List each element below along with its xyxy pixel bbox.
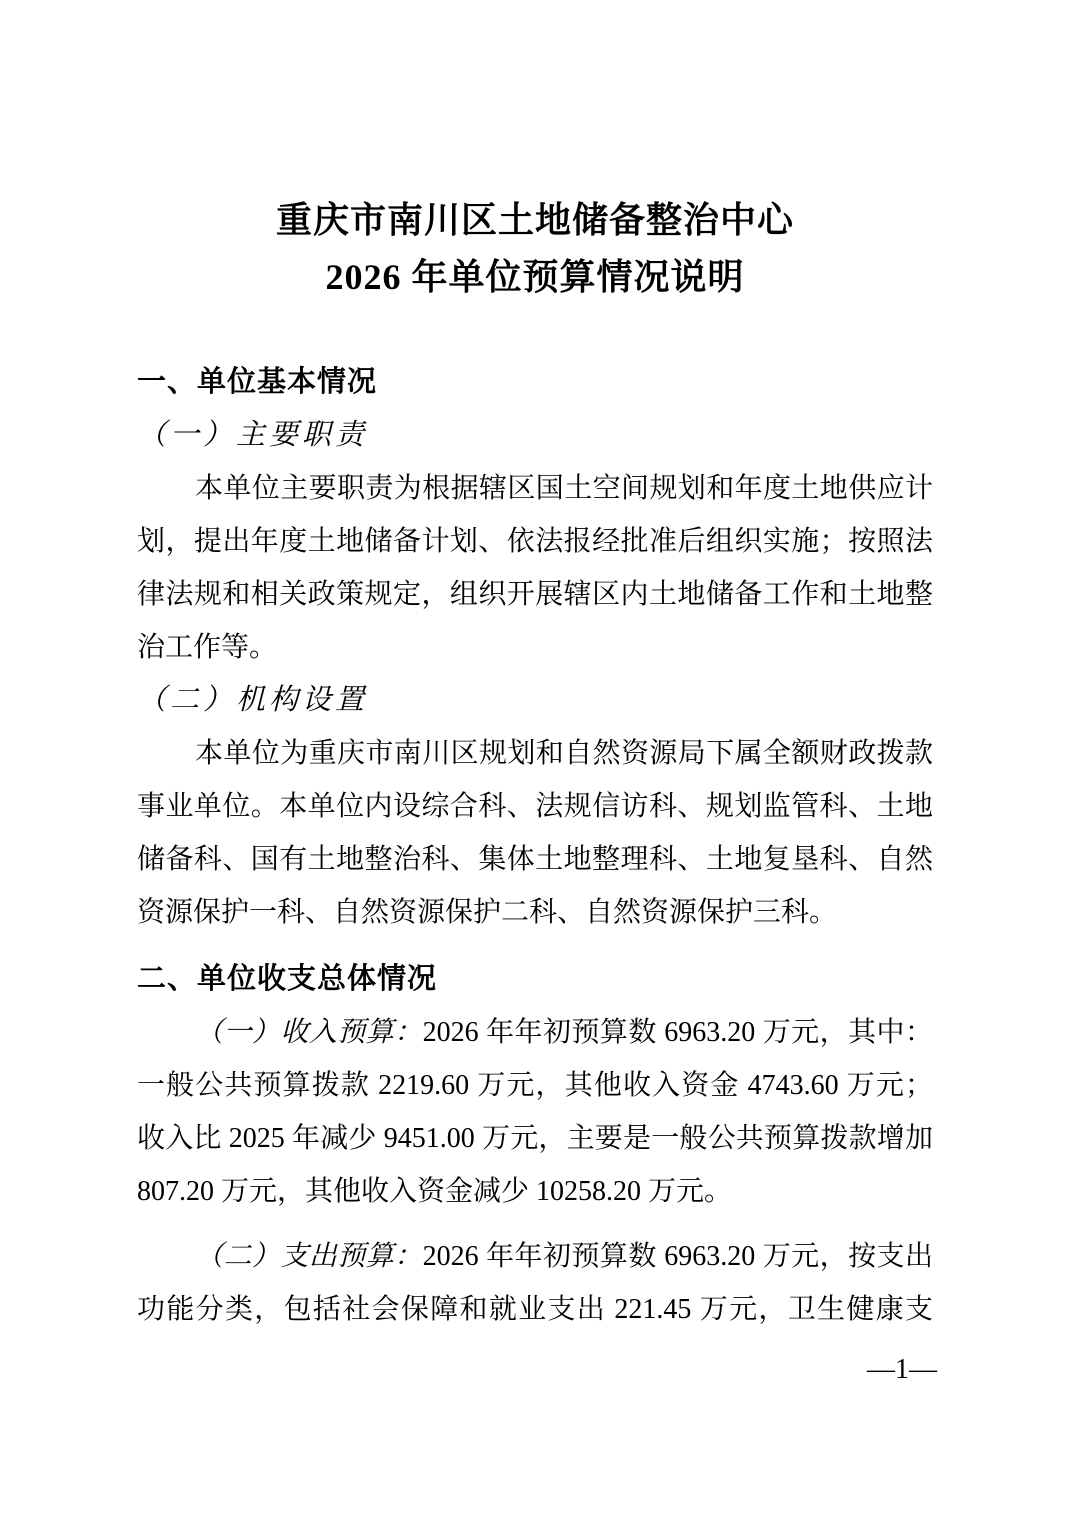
document-title: 重庆市南川区土地储备整治中心 2026 年单位预算情况说明 bbox=[137, 192, 933, 306]
document-content: 重庆市南川区土地储备整治中心 2026 年单位预算情况说明 一、单位基本情况 （… bbox=[137, 192, 933, 1336]
section-1-subheading-structure: （二）机构设置 bbox=[137, 674, 933, 727]
section-1-paragraph-duties: 本单位主要职责为根据辖区国土空间规划和年度土地供应计划，提出年度土地储备计划、依… bbox=[137, 462, 933, 674]
document-title-line2: 2026 年单位预算情况说明 bbox=[137, 249, 933, 306]
income-budget-lead: （一）收入预算： bbox=[195, 1017, 423, 1048]
section-2-paragraph-income: （一）收入预算：2026 年年初预算数 6963.20 万元，其中：一般公共预算… bbox=[137, 1006, 933, 1218]
document-title-line1: 重庆市南川区土地储备整治中心 bbox=[137, 192, 933, 249]
section-1-subheading-duties: （一）主要职责 bbox=[137, 409, 933, 462]
section-1-paragraph-structure: 本单位为重庆市南川区规划和自然资源局下属全额财政拨款事业单位。本单位内设综合科、… bbox=[137, 727, 933, 939]
expenditure-budget-lead: （二）支出预算： bbox=[195, 1241, 423, 1272]
section-1-heading: 一、单位基本情况 bbox=[137, 356, 933, 409]
page-number: —1— bbox=[867, 1352, 937, 1388]
section-2-heading: 二、单位收支总体情况 bbox=[137, 953, 933, 1006]
section-2-paragraph-expenditure: （二）支出预算：2026 年年初预算数 6963.20 万元，按支出功能分类，包… bbox=[137, 1230, 933, 1336]
document-page: 重庆市南川区土地储备整治中心 2026 年单位预算情况说明 一、单位基本情况 （… bbox=[0, 0, 1074, 1520]
